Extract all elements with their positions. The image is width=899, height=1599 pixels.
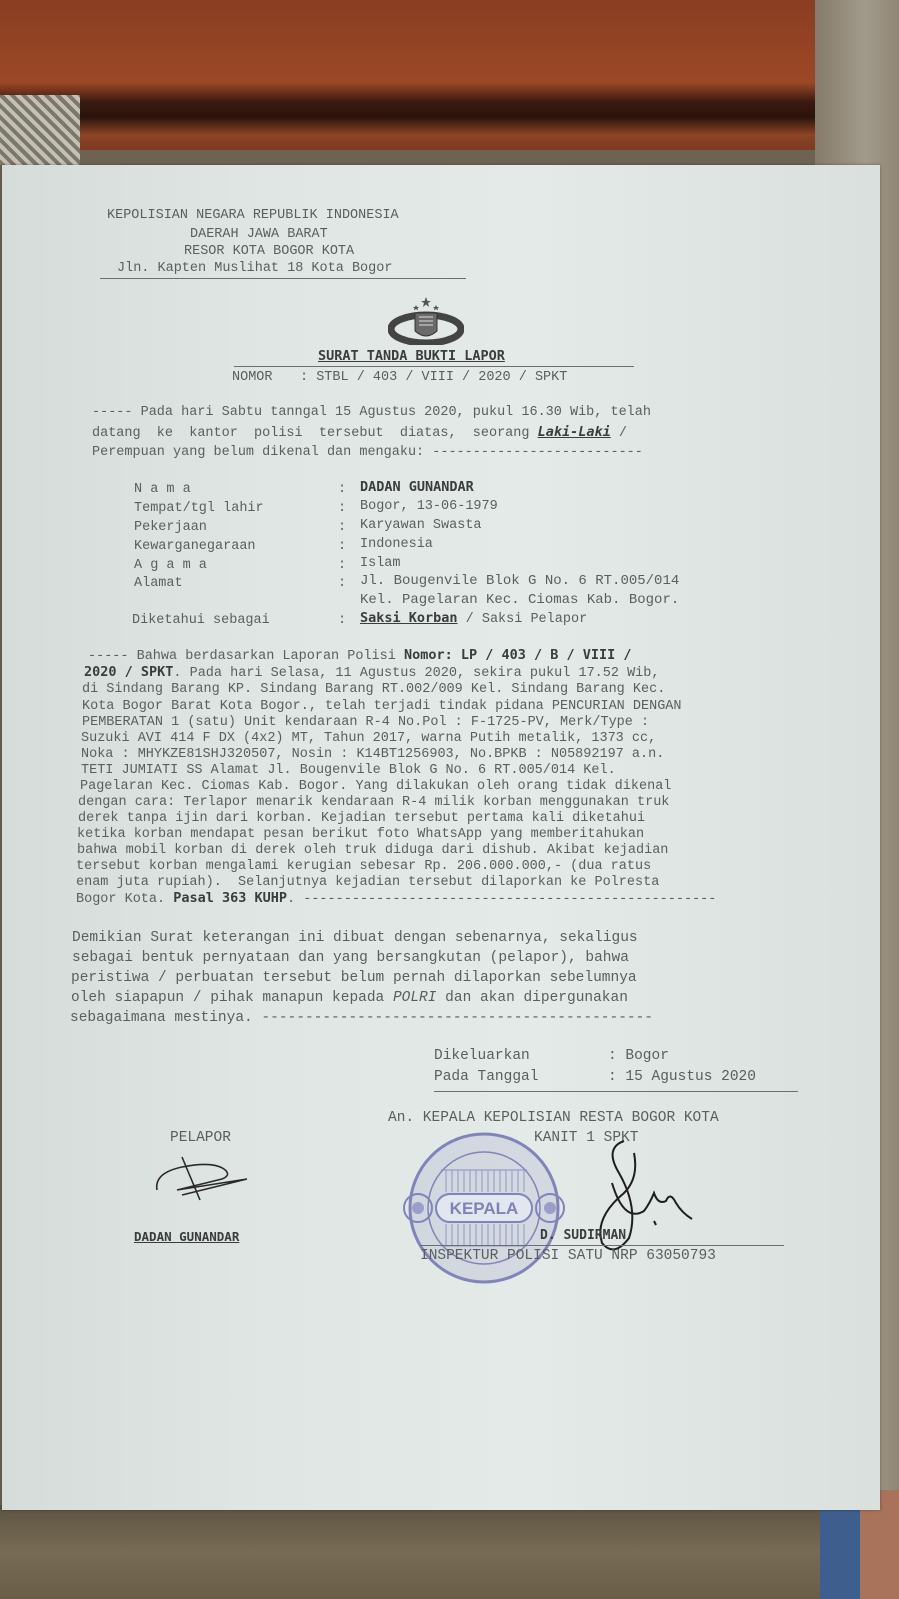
- closing-line: sebagai bentuk pernyataan dan yang bersa…: [72, 951, 629, 966]
- closing-line: sebagaimana mestinya. ------------------…: [70, 1011, 653, 1026]
- identity-label-birth: Tempat/tgl lahir: [134, 502, 264, 516]
- identity-value-name: DADAN GUNANDAR: [360, 481, 474, 495]
- identity-label-nationality: Kewarganegaraan: [134, 540, 256, 554]
- official-name: D. SUDIRMAN: [540, 1229, 626, 1242]
- identity-colon: :: [338, 540, 346, 554]
- body-line: derek tanpa ijin dari korban. Kejadian t…: [78, 812, 645, 826]
- official-divider: [420, 1245, 784, 1246]
- body-line: Noka : MHYKZE81SHJ320507, Nosin : K14BT1…: [81, 748, 664, 762]
- letterhead-address: Jln. Kapten Muslihat 18 Kota Bogor: [117, 262, 392, 276]
- body-line: Suzuki AVI 414 F DX (4x2) MT, Tahun 2017…: [81, 732, 656, 746]
- identity-colon: :: [338, 521, 346, 535]
- body-line: ----- Bahwa berdasarkan Laporan Polisi N…: [88, 649, 632, 664]
- official-line1: An. KEPALA KEPOLISIAN RESTA BOGOR KOTA: [388, 1111, 719, 1126]
- identity-colon: :: [338, 502, 346, 516]
- reporter-signature-icon: [152, 1155, 252, 1205]
- number-value: : STBL / 403 / VIII / 2020 / SPKT: [300, 371, 567, 385]
- identity-label-status: Diketahui sebagai: [132, 614, 270, 628]
- reporter-title: PELAPOR: [170, 1131, 231, 1146]
- identity-value-status: Saksi Korban / Saksi Pelapor: [360, 612, 587, 627]
- closing-line: Demikian Surat keterangan ini dibuat den…: [72, 931, 638, 946]
- identity-label-name: N a m a: [134, 483, 191, 497]
- intro-line2: datang ke kantor polisi tersebut diatas,…: [92, 426, 627, 441]
- body-line: enam juta rupiah). Selanjutnya kejadian …: [76, 876, 659, 890]
- body-line: PEMBERATAN 1 (satu) Unit kendaraan R-4 N…: [82, 716, 649, 730]
- intro-line3: Perempuan yang belum dikenal dan mengaku…: [92, 446, 643, 460]
- letterhead-line2: DAERAH JAWA BARAT: [190, 228, 328, 242]
- body-line: bahwa mobil korban di derek oleh truk di…: [77, 844, 668, 858]
- identity-colon: :: [338, 483, 346, 497]
- identity-value-job: Karyawan Swasta: [360, 519, 482, 533]
- body-line: Bogor Kota. Pasal 363 KUHP. ------------…: [76, 892, 716, 907]
- body-line: ketika korban mendapat pesan berikut fot…: [77, 828, 644, 842]
- identity-value-nationality: Indonesia: [360, 538, 433, 552]
- body-line: di Sindang Barang KP. Sindang Barang RT.…: [82, 683, 665, 697]
- letterhead-line3: RESOR KOTA BOGOR KOTA: [184, 245, 354, 259]
- document-title: SURAT TANDA BUKTI LAPOR: [318, 350, 505, 364]
- body-line: 2020 / SPKT. Pada hari Selasa, 11 Agustu…: [84, 666, 660, 681]
- intro-line1: ----- Pada hari Sabtu tanngal 15 Agustus…: [92, 406, 651, 420]
- letterhead-divider: [100, 278, 466, 279]
- woven-mat: [0, 95, 80, 165]
- body-line: dengan cara: Terlapor menarik kendaraan …: [78, 796, 669, 810]
- identity-value-address: Jl. Bougenvile Blok G No. 6 RT.005/014: [360, 574, 679, 588]
- identity-value-birth: Bogor, 13-06-1979: [360, 500, 498, 514]
- issued-divider: [434, 1091, 798, 1092]
- number-label: NOMOR: [232, 371, 273, 385]
- identity-colon: :: [338, 614, 346, 628]
- reporter-name: DADAN GUNANDAR: [134, 1231, 239, 1244]
- background-bottom: [0, 1505, 899, 1599]
- official-signature-icon: [584, 1133, 704, 1263]
- official-rank: INSPEKTUR POLISI SATU NRP 63050793: [420, 1249, 716, 1264]
- body-line: Kota Bogor Barat Kota Bogor., telah terj…: [82, 700, 682, 714]
- closing-line: peristiwa / perbuatan tersebut belum per…: [71, 971, 637, 986]
- issued-date-value: : 15 Agustus 2020: [608, 1070, 756, 1085]
- body-line: Pagelaran Kec. Ciomas Kab. Bogor. Yang d…: [80, 780, 671, 794]
- closing-line: oleh siapapun / pihak manapun kepada POL…: [71, 991, 628, 1006]
- identity-colon: :: [338, 559, 346, 573]
- identity-value-address2: Kel. Pagelaran Kec. Ciomas Kab. Bogor.: [360, 593, 679, 607]
- issued-place-value: : Bogor: [608, 1049, 669, 1064]
- report-document: KEPOLISIAN NEGARA REPUBLIK INDONESIA DAE…: [2, 165, 880, 1510]
- letterhead-line1: KEPOLISIAN NEGARA REPUBLIK INDONESIA: [107, 209, 399, 223]
- identity-label-job: Pekerjaan: [134, 521, 207, 535]
- identity-label-address: Alamat: [134, 577, 183, 591]
- wooden-surface: [0, 0, 820, 150]
- body-line: TETI JUMIATI SS Alamat Jl. Bougenvile Bl…: [81, 764, 616, 778]
- identity-value-religion: Islam: [360, 557, 401, 571]
- body-line: tersebut korban mengalami kerugian sebes…: [76, 860, 651, 874]
- gender-selected: Laki-Laki: [538, 424, 611, 440]
- identity-label-religion: A g a m a: [134, 559, 207, 573]
- issued-place-label: Dikeluarkan: [434, 1049, 530, 1064]
- title-divider: [234, 366, 634, 367]
- police-emblem-icon: [388, 295, 464, 345]
- svg-text:KEPALA: KEPALA: [450, 1199, 519, 1218]
- identity-colon: :: [338, 577, 346, 591]
- issued-date-label: Pada Tanggal: [434, 1070, 538, 1085]
